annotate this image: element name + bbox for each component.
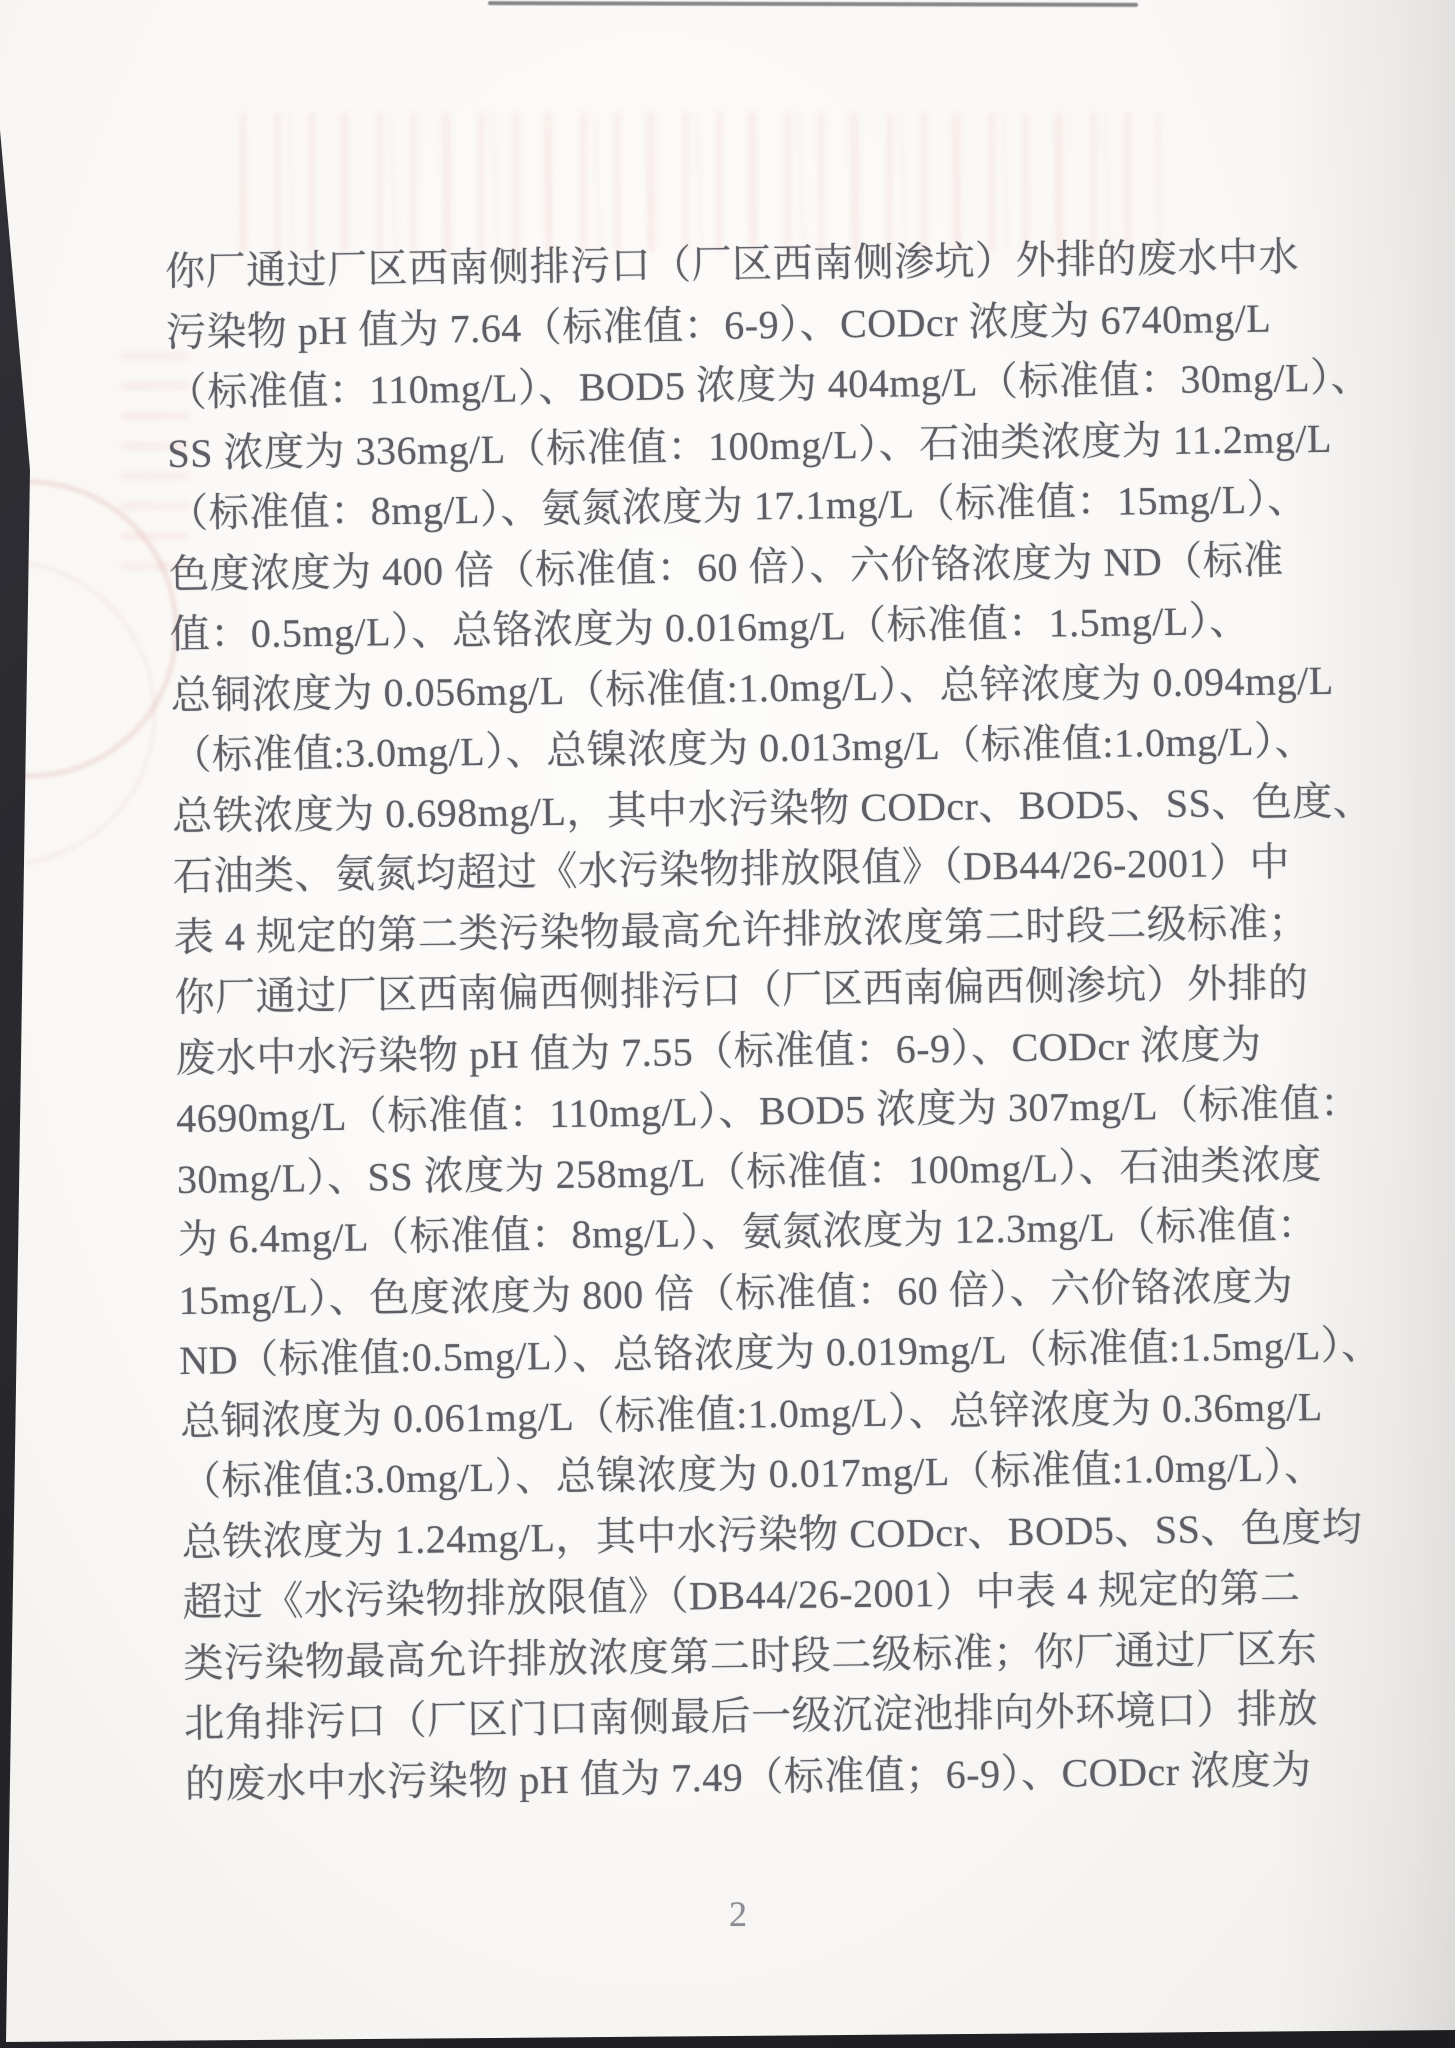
- document-body: 你厂通过厂区西南侧排污口（厂区西南侧渗坑）外排的废水中水 污染物 pH 值为 7…: [165, 228, 1263, 1815]
- page-curvature-shadow: [1275, 0, 1455, 2048]
- scan-background: 你厂通过厂区西南侧排污口（厂区西南侧渗坑）外排的废水中水 污染物 pH 值为 7…: [0, 0, 1455, 2048]
- page-number: 2: [718, 1893, 758, 1935]
- document-page: 你厂通过厂区西南侧排污口（厂区西南侧渗坑）外排的废水中水 污染物 pH 值为 7…: [0, 0, 1455, 2048]
